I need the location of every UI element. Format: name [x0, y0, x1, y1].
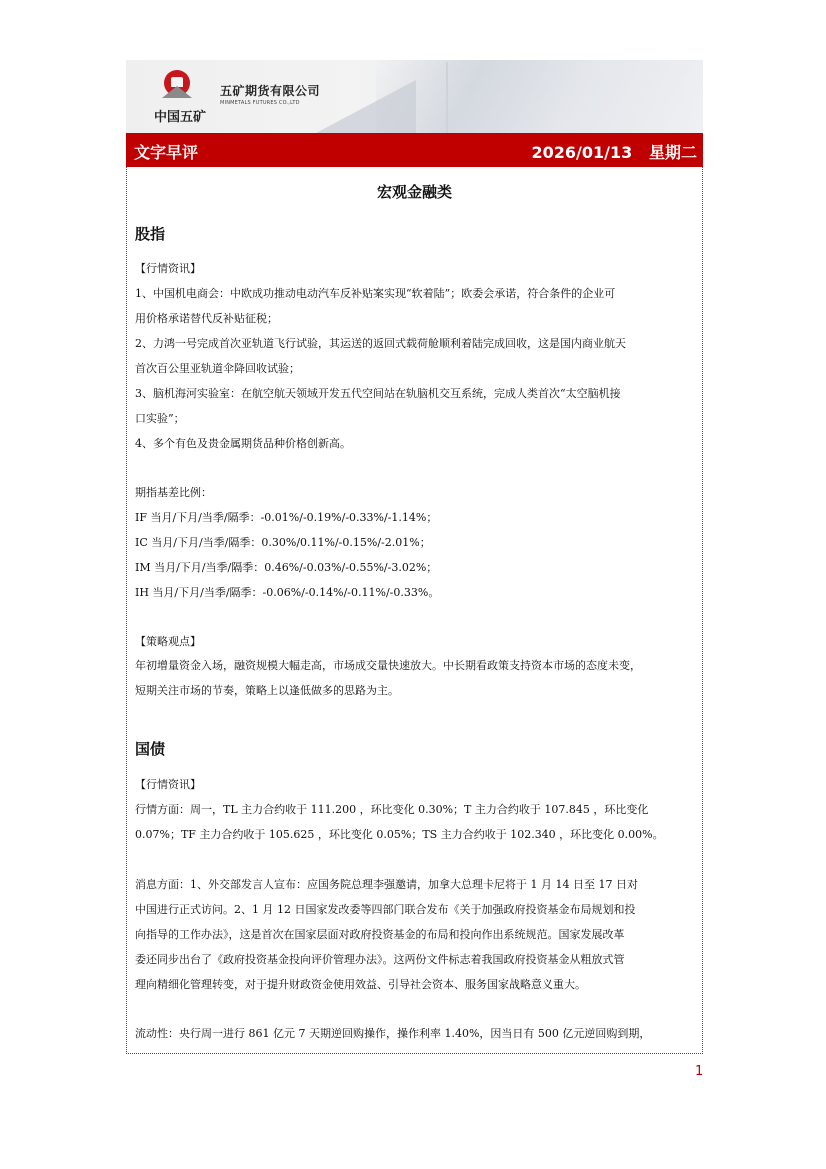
text-line: 向指导的工作办法》，这是首次在国家层面对政府投资基金的布局和投向作出系统规范。国… [135, 926, 625, 942]
text-line: 0.07%；TF 主力合约收于 105.625 ，环比变化 0.05%；TS 主… [135, 826, 664, 842]
text-line: 消息方面：1、外交部发言人宣布：应国务院总理李强邀请，加拿大总理卡尼将于 1 月… [135, 876, 638, 892]
basis-line-ih: IH 当月/下月/当季/隔季：-0.06%/-0.14%/-0.11%/-0.3… [135, 584, 439, 600]
banner-background-graphic [376, 60, 703, 133]
basis-line-if: IF 当月/下月/当季/隔季：-0.01%/-0.19%/-0.33%/-1.1… [135, 509, 437, 525]
text-line: 年初增量资金入场，融资规模大幅走高，市场成交量快速放大。中长期看政策支持资本市场… [135, 657, 641, 673]
basis-line-im: IM 当月/下月/当季/隔季：0.46%/-0.03%/-0.55%/-3.02… [135, 559, 437, 575]
report-date: 2026/01/13 星期二 [532, 140, 697, 163]
company-logo: 中国五矿 [148, 70, 208, 126]
company-name: 五矿期货有限公司 [220, 82, 320, 99]
text-line: 3、脑机海河实验室：在航空航天领域开发五代空间站在轨脑机交互系统，完成人类首次“… [135, 385, 621, 401]
banner-truss-graphic [316, 80, 416, 133]
company-name-en: MINMETALS FUTURES CO.,LTD [220, 100, 320, 106]
text-line: 中国进行正式访问。2、1 月 12 日国家发改委等四部门联合发布《关于加强政府投… [135, 901, 635, 917]
text-line: 用价格承诺替代反补贴征税； [135, 310, 278, 326]
header-banner: 中国五矿 五矿期货有限公司 MINMETALS FUTURES CO.,LTD [126, 60, 703, 133]
basis-line-ic: IC 当月/下月/当季/隔季：0.30%/0.11%/-0.15%/-2.01%… [135, 534, 431, 550]
text-line: 4、多个有色及贵金属期货品种价格创新高。 [135, 435, 351, 451]
report-title-bar: 文字早评 2026/01/13 星期二 [126, 133, 703, 167]
banner-line-graphic [446, 62, 448, 133]
basis-label: 期指基差比例： [135, 484, 212, 500]
text-line: 流动性：央行周一进行 861 亿元 7 天期逆回购操作，操作利率 1.40%，因… [135, 1025, 650, 1041]
weekday: 星期二 [649, 143, 697, 162]
page-number: 1 [695, 1064, 703, 1079]
heading-stock-index: 股指 [135, 223, 165, 244]
section-title: 宏观金融类 [127, 181, 702, 202]
report-content: 宏观金融类 股指 【行情资讯】 1、中国机电商会：中欧成功推动电动汽车反补贴案实… [126, 167, 703, 1054]
mountain-icon [162, 86, 192, 98]
text-line: 首次百公里亚轨道伞降回收试验； [135, 360, 300, 376]
text-line: 1、中国机电商会：中欧成功推动电动汽车反补贴案实现“软着陆”；欧委会承诺，符合条… [135, 285, 615, 301]
text-line: 2、力鸿一号完成首次亚轨道飞行试验，其运送的返回式载荷舱顺利着陆完成回收，这是国… [135, 335, 626, 351]
text-line: 委还同步出台了《政府投资基金投向评价管理办法》。这两份文件标志着我国政府投资基金… [135, 951, 625, 967]
news-label: 【行情资讯】 [135, 776, 201, 792]
logo-text: 中国五矿 [148, 106, 212, 125]
text-line: 理向精细化管理转变，对于提升财政资金使用效益、引导社会资本、服务国家战略意义重大… [135, 976, 586, 992]
news-label: 【行情资讯】 [135, 260, 201, 276]
text-line: 短期关注市场的节奏，策略上以逢低做多的思路为主。 [135, 682, 399, 698]
report-title: 文字早评 [134, 140, 198, 163]
text-line: 行情方面：周一，TL 主力合约收于 111.200 ，环比变化 0.30%；T … [135, 801, 648, 817]
company-name-block: 五矿期货有限公司 MINMETALS FUTURES CO.,LTD [220, 82, 320, 106]
text-line: 口实验”； [135, 410, 185, 426]
heading-treasury: 国债 [135, 738, 165, 759]
strategy-label: 【策略观点】 [135, 633, 201, 649]
date-value: 2026/01/13 [532, 143, 633, 162]
